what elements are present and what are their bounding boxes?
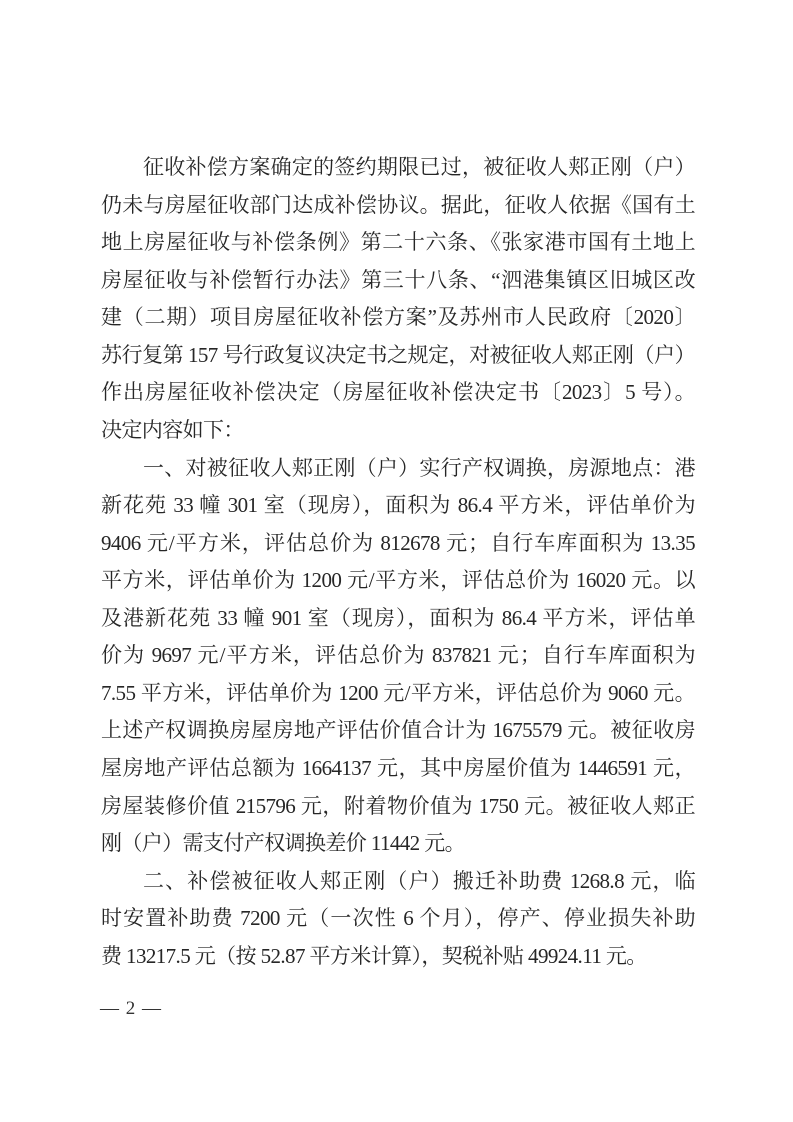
text-line: 建（二期）项目房屋征收补偿方案”及苏州市人民政府〔2020〕	[101, 299, 695, 337]
text-line: 及港新花苑 33 幢 901 室（现房），面积为 86.4 平方米，评估单	[101, 600, 695, 638]
paragraph: 征收补偿方案确定的签约期限已过，被征收人郏正刚（户）仍未与房屋征收部门达成补偿协…	[101, 149, 695, 450]
text-line: 价为 9697 元/平方米，评估总价为 837821 元；自行车库面积为	[101, 637, 695, 675]
page-container: 征收补偿方案确定的签约期限已过，被征收人郏正刚（户）仍未与房屋征收部门达成补偿协…	[0, 0, 793, 1122]
text-line: 苏行复第 157 号行政复议决定书之规定，对被征收人郏正刚（户）	[101, 337, 695, 375]
text-line: 新花苑 33 幢 301 室（现房），面积为 86.4 平方米，评估单价为	[101, 487, 695, 525]
text-line: 二、补偿被征收人郏正刚（户）搬迁补助费 1268.8 元，临	[101, 863, 695, 901]
text-line: 征收补偿方案确定的签约期限已过，被征收人郏正刚（户）	[101, 149, 695, 187]
text-line: 屋房地产评估总额为 1664137 元，其中房屋价值为 1446591 元，	[101, 750, 695, 788]
text-line: 作出房屋征收补偿决定（房屋征收补偿决定书〔2023〕5 号）。	[101, 374, 695, 412]
text-line: 房屋装修价值 215796 元，附着物价值为 1750 元。被征收人郏正	[101, 788, 695, 826]
document-body: 征收补偿方案确定的签约期限已过，被征收人郏正刚（户）仍未与房屋征收部门达成补偿协…	[101, 149, 695, 975]
paragraph: 二、补偿被征收人郏正刚（户）搬迁补助费 1268.8 元，临时安置补助费 720…	[101, 863, 695, 976]
text-line: 上述产权调换房屋房地产评估价值合计为 1675579 元。被征收房	[101, 712, 695, 750]
scanned-document-page: { "document": { "paragraphs": [ { "lines…	[0, 0, 793, 1122]
text-line: 时安置补助费 7200 元（一次性 6 个月），停产、停业损失补助	[101, 900, 695, 938]
text-line: 一、对被征收人郏正刚（户）实行产权调换，房源地点：港	[101, 450, 695, 488]
text-line: 决定内容如下：	[101, 412, 695, 450]
text-line: 7.55 平方米，评估单价为 1200 元/平方米，评估总价为 9060 元。	[101, 675, 695, 713]
text-line: 房屋征收与补偿暂行办法》第三十八条、“泗港集镇区旧城区改	[101, 262, 695, 300]
text-line: 9406 元/平方米，评估总价为 812678 元；自行车库面积为 13.35	[101, 525, 695, 563]
text-line: 刚（户）需支付产权调换差价 11442 元。	[101, 825, 695, 863]
text-line: 地上房屋征收与补偿条例》第二十六条、《张家港市国有土地上	[101, 224, 695, 262]
text-line: 平方米，评估单价为 1200 元/平方米，评估总价为 16020 元。以	[101, 562, 695, 600]
page-number: — 2 —	[100, 996, 162, 1022]
text-line: 费 13217.5 元（按 52.87 平方米计算），契税补贴 49924.11…	[101, 938, 695, 976]
text-line: 仍未与房屋征收部门达成补偿协议。据此，征收人依据《国有土	[101, 187, 695, 225]
paragraph: 一、对被征收人郏正刚（户）实行产权调换，房源地点：港新花苑 33 幢 301 室…	[101, 450, 695, 863]
